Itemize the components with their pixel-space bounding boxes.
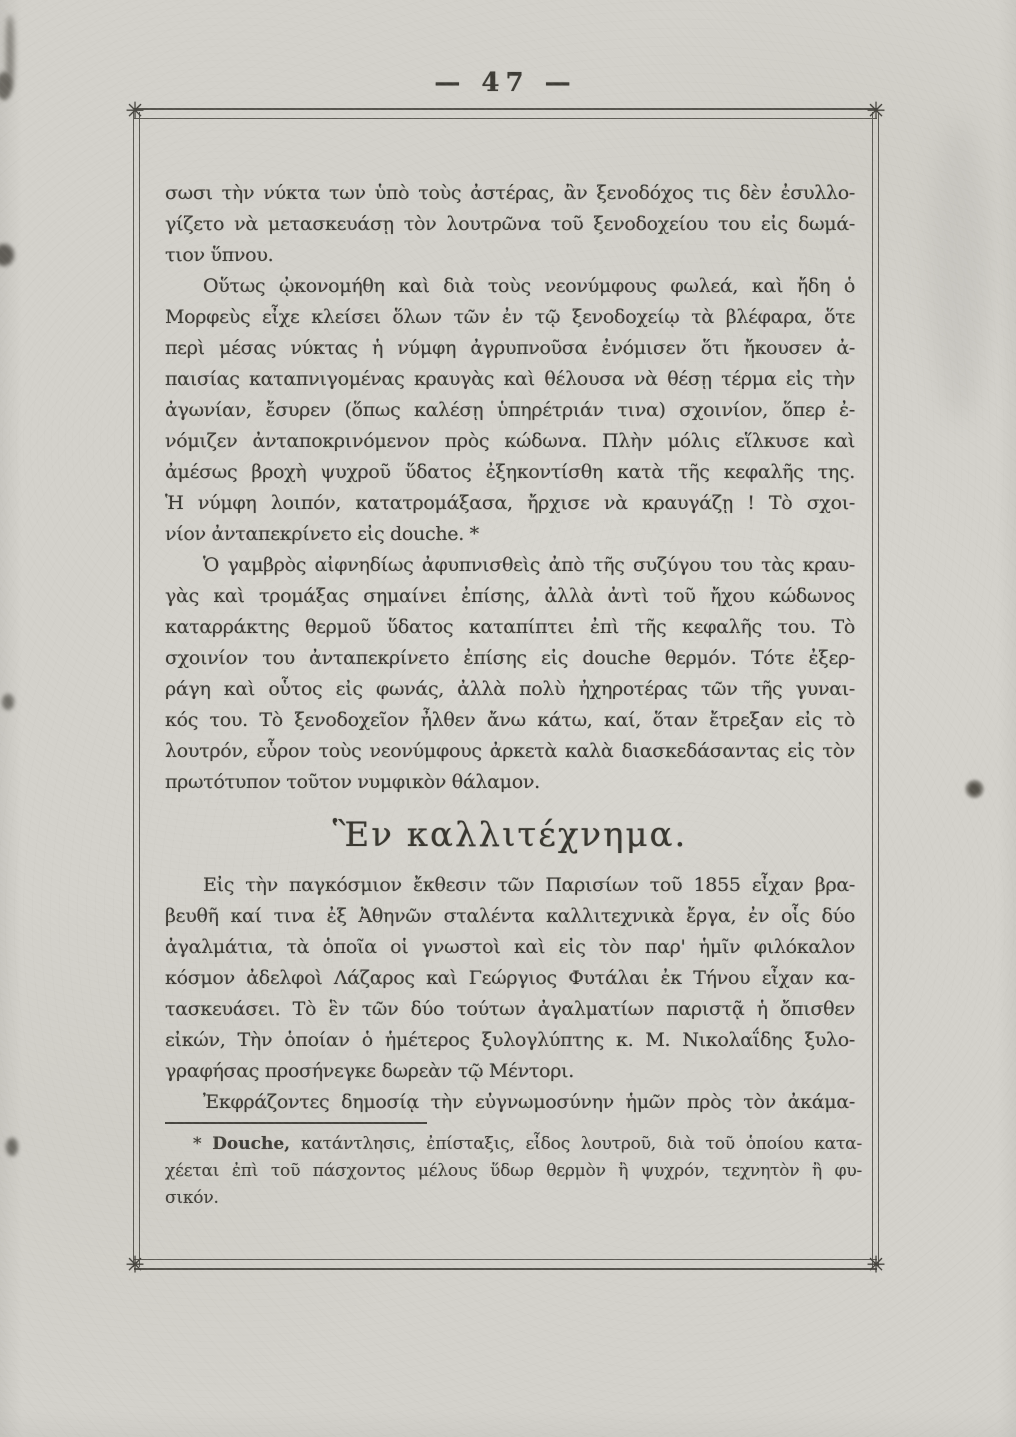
corner-asterisk-icon: ✳ <box>866 101 885 124</box>
text-line: Ἡ νύμφη λοιπόν, κατατρομάξασα, ἤρχισε νὰ… <box>165 488 855 519</box>
footnote-term: Douche, <box>212 1134 290 1154</box>
text-line: γίζετο νὰ μετασκευάσῃ τὸν λουτρῶνα τοῦ ξ… <box>165 209 855 240</box>
frame-left-rule <box>133 112 140 1267</box>
frame-bottom-rule <box>134 1259 877 1270</box>
scan-artifact <box>6 1138 18 1156</box>
corner-asterisk-icon: ✳ <box>125 1255 144 1278</box>
scan-artifact <box>0 244 14 266</box>
scan-artifact <box>0 72 12 100</box>
paragraph: Οὕτως ᾠκονομήθη καὶ διὰ τοὺς νεονύμφους … <box>165 271 855 550</box>
corner-asterisk-icon: ✳ <box>125 101 144 124</box>
footnote-line: σικόν. <box>165 1185 862 1212</box>
paragraph: Εἰς τὴν παγκόσμιον ἔκθεσιν τῶν Παρισίων … <box>165 870 855 1087</box>
section-heading: Ἓν καλλιτέχνημα. <box>165 811 855 859</box>
footnote-text: κατάντλησις, ἐπίσταξις, εἶδος λουτροῦ, δ… <box>290 1134 862 1154</box>
scan-artifact <box>2 694 14 710</box>
text-line: πρωτότυπον τοῦτον νυμφικὸν θάλαμον. <box>165 767 855 798</box>
text-line: λουτρόν, εὗρον τοὺς νεονύμφους ἀρκετὰ κα… <box>165 736 855 767</box>
text-line: τασκευάσει. Τὸ ἓν τῶν δύο τούτων ἀγαλματ… <box>165 994 855 1025</box>
text-line: Ὁ γαμβρὸς αἰφνηδίως ἀφυπνισθεὶς ἀπὸ τῆς … <box>165 550 855 581</box>
text-line: Εἰς τὴν παγκόσμιον ἔκθεσιν τῶν Παρισίων … <box>165 870 855 901</box>
text-line: Οὕτως ᾠκονομήθη καὶ διὰ τοὺς νεονύμφους … <box>165 271 855 302</box>
text-line: κόσμον ἀδελφοὶ Λάζαρος καὶ Γεώργιος Φυτά… <box>165 963 855 994</box>
text-line: γὰς καὶ τρομάξας σημαίνει ἐπίσης, ἀλλὰ ἀ… <box>165 581 855 612</box>
footnote-line: * Douche, κατάντλησις, ἐπίσταξις, εἶδος … <box>165 1131 862 1158</box>
scanned-page: — 47 — ✳ ✳ ✳ ✳ σωσι τὴν νύκτα των ὑπὸ το… <box>0 0 1016 1437</box>
paragraph: Ἐκφράζοντες δημοσίᾳ τὴν εὐγνωμοσύνην ἡμῶ… <box>165 1087 855 1118</box>
text-line: γραφήσας προσήνεγκε δωρεὰν τῷ Μέντορι. <box>165 1056 855 1087</box>
text-line: ἀγαλμάτια, τὰ ὁποῖα οἱ γνωστοὶ καὶ εἰς τ… <box>165 932 855 963</box>
text-line: καταρράκτης θερμοῦ ὕδατος καταπίπτει ἐπὶ… <box>165 612 855 643</box>
text-line: σχοινίον του ἀνταπεκρίνετο ἐπίσης εἰς do… <box>165 643 855 674</box>
footnote-line: χέεται ἐπὶ τοῦ πάσχοντος μέλους ὕδωρ θερ… <box>165 1158 862 1185</box>
paragraph: Ὁ γαμβρὸς αἰφνηδίως ἀφυπνισθεὶς ἀπὸ τῆς … <box>165 550 855 798</box>
text-line: ράγη καὶ οὗτος εἰς φωνάς, ἀλλὰ πολὺ ἠχηρ… <box>165 674 855 705</box>
body-text: σωσι τὴν νύκτα των ὑπὸ τοὺς ἀστέρας, ἂν … <box>165 178 855 1118</box>
text-line: παισίας καταπνιγομένας κραυγὰς καὶ θέλου… <box>165 364 855 395</box>
footnote-separator <box>165 1122 427 1124</box>
scan-artifact <box>6 16 14 90</box>
text-line: κός του. Τὸ ξενοδοχεῖον ἦλθεν ἄνω κάτω, … <box>165 705 855 736</box>
text-line: εἰκών, Τὴν ὁποίαν ὁ ἡμέτερος ξυλογλύπτης… <box>165 1025 855 1056</box>
page-number: — 47 — <box>134 68 877 98</box>
text-line: βευθῆ καί τινα ἐξ Ἀθηνῶν σταλέντα καλλιτ… <box>165 901 855 932</box>
text-line: περὶ μέσας νύκτας ἡ νύμφη ἀγρυπνοῦσα ἐνό… <box>165 333 855 364</box>
text-line: Μορφεὺς εἶχε κλείσει ὅλων τῶν ἐν τῷ ξενο… <box>165 302 855 333</box>
scan-artifact <box>930 120 990 420</box>
footnote-marker: * <box>193 1134 201 1154</box>
text-line: σωσι τὴν νύκτα των ὑπὸ τοὺς ἀστέρας, ἂν … <box>165 178 855 209</box>
frame-right-rule <box>872 112 879 1267</box>
frame-top-rule <box>134 108 877 119</box>
text-line: ἀμέσως βροχὴ ψυχροῦ ὕδατος ἐξηκοντίσθη κ… <box>165 457 855 488</box>
text-line: ἀγωνίαν, ἔσυρεν (ὅπως καλέσῃ ὑπηρέτριάν … <box>165 395 855 426</box>
text-line: νόμιζεν ἀνταποκρινόμενον πρὸς κώδωνα. Πλ… <box>165 426 855 457</box>
text-line: νίον ἀνταπεκρίνετο εἰς douche. * <box>165 519 855 550</box>
corner-asterisk-icon: ✳ <box>866 1255 885 1278</box>
ink-blot <box>964 779 985 799</box>
text-line: τιον ὕπνου. <box>165 240 855 271</box>
paragraph: σωσι τὴν νύκτα των ὑπὸ τοὺς ἀστέρας, ἂν … <box>165 178 855 271</box>
text-line: Ἐκφράζοντες δημοσίᾳ τὴν εὐγνωμοσύνην ἡμῶ… <box>165 1087 855 1118</box>
footnote: * Douche, κατάντλησις, ἐπίσταξις, εἶδος … <box>165 1131 862 1212</box>
